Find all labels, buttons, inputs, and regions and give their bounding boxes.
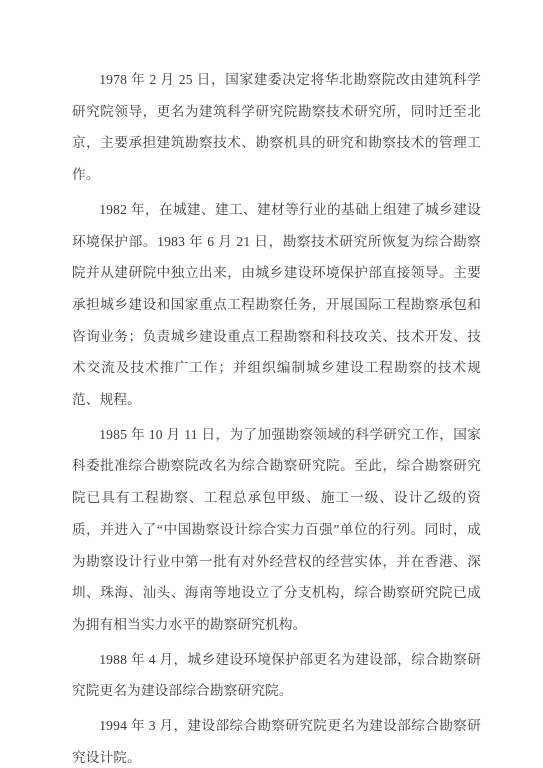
paragraph-2: 1982 年，在城建、建工、建材等行业的基础上组建了城乡建设环境保护部。1983…: [72, 194, 481, 416]
paragraph-4: 1988 年 4 月，城乡建设环境保护部更名为建设部，综合勘察研究院更名为建设部…: [72, 644, 481, 707]
paragraph-3: 1985 年 10 月 11 日，为了加强勘察领域的科学研究工作，国家科委批准综…: [72, 419, 481, 641]
document-page: 1978 年 2 月 25 日，国家建委决定将华北勘察院改由建筑科学研究院领导，…: [0, 0, 543, 768]
document-body: 1978 年 2 月 25 日，国家建委决定将华北勘察院改由建筑科学研究院领导，…: [72, 64, 481, 768]
paragraph-1: 1978 年 2 月 25 日，国家建委决定将华北勘察院改由建筑科学研究院领导，…: [72, 64, 481, 191]
paragraph-5: 1994 年 3 月，建设部综合勘察研究院更名为建设部综合勘察研究设计院。: [72, 710, 481, 768]
